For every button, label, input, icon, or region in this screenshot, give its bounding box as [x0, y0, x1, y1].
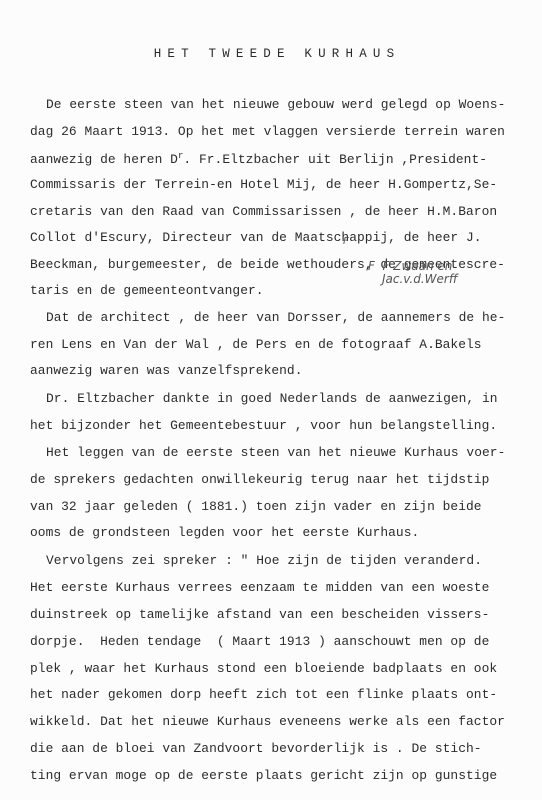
text-line: van 32 jaar geleden ( 1881.) toen zijn v… [30, 499, 482, 514]
text-line: Collot d'Escury, Directeur van de Maatsc… [30, 230, 482, 245]
text-line: ting ervan moge op de eerste plaats geri… [30, 768, 497, 783]
superscript: r [178, 151, 183, 161]
text-line: het nader gekomen dorp heeft zich tot ee… [30, 687, 497, 702]
handwritten-annotation-line-1: F F Zwaan en [368, 259, 452, 273]
document-page: HET TWEEDE KURHAUS De eerste steen van h… [0, 0, 542, 800]
text-line: aanwezig waren was vanzelfsprekend. [30, 363, 303, 378]
text-line: cretaris van den Raad van Commissarissen… [30, 204, 497, 219]
text-line: aanwezig de heren Dr. Fr.Eltzbacher uit … [30, 151, 487, 167]
text-line: ren Lens en Van der Wal , de Pers en de … [30, 337, 482, 352]
text-line: dorpje. Heden tendage ( Maart 1913 ) aan… [30, 634, 489, 649]
text-line: Vervolgens zei spreker : " Hoe zijn de t… [46, 553, 482, 568]
text-line: duinstreek op tamelijke afstand van een … [30, 607, 489, 622]
text-line: De eerste steen van het nieuwe gebouw we… [46, 97, 505, 112]
text-line: de sprekers gedachten onwillekeurig teru… [30, 472, 489, 487]
text-line: plek , waar het Kurhaus stond een bloeie… [30, 661, 497, 676]
text-line: Dr. Eltzbacher dankte in goed Nederlands… [46, 391, 498, 406]
text-line: wikkeld. Dat het nieuwe Kurhaus eveneens… [30, 714, 505, 729]
text-line: ooms de grondsteen legden voor het eerst… [30, 525, 419, 540]
text-line: Het leggen van de eerste steen van het n… [46, 445, 505, 460]
text-line: Commissaris der Terrein-en Hotel Mij, de… [30, 177, 497, 192]
handwritten-annotation-line-2: Jac.v.d.Werff [382, 272, 458, 286]
handwritten-insert-mark: F [343, 236, 349, 247]
text-line: taris en de gemeenteontvanger. [30, 283, 264, 298]
text-line: dag 26 Maart 1913. Op het met vlaggen ve… [30, 124, 505, 139]
document-title: HET TWEEDE KURHAUS [0, 47, 542, 61]
text-line: die aan de bloei van Zandvoort bevorderl… [30, 741, 482, 756]
text-line: het bijzonder het Gemeentebestuur , voor… [30, 418, 497, 433]
text-line: Het eerste Kurhaus verrees eenzaam te mi… [30, 580, 489, 595]
text-line: Dat de architect , de heer van Dorsser, … [46, 310, 505, 325]
